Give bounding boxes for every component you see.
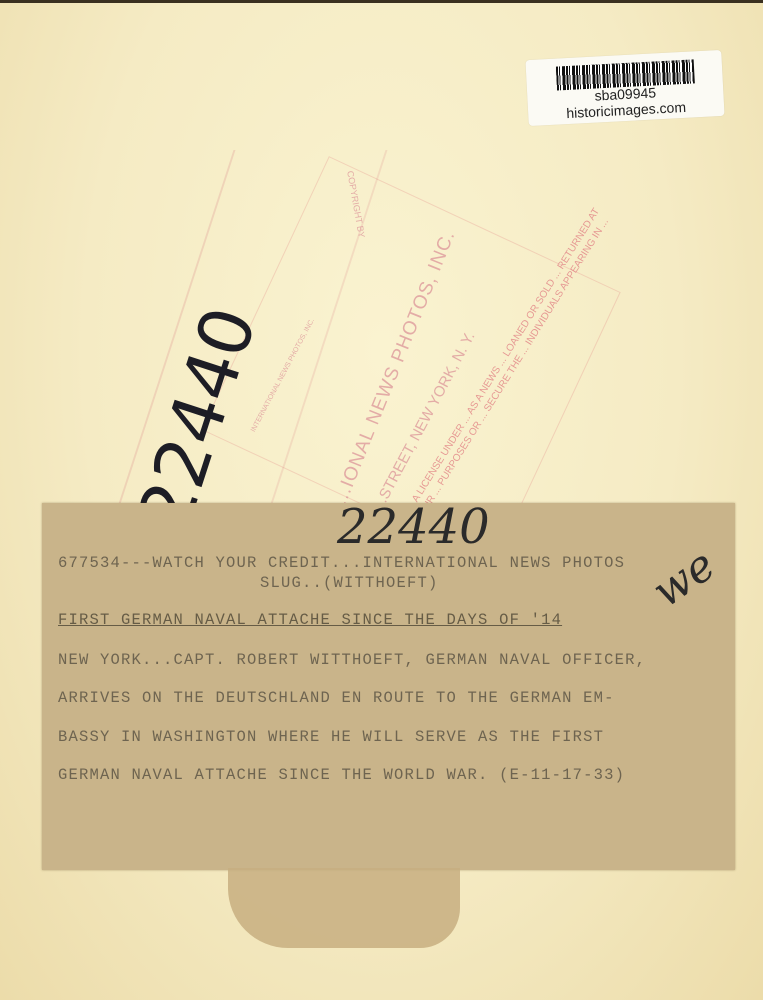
- inventory-label: sba09945 historicimages.com: [525, 50, 724, 126]
- caption-slip: 22440 677534---WATCH YOUR CREDIT...INTER…: [42, 503, 735, 870]
- caption-credit-line: 677534---WATCH YOUR CREDIT...INTERNATION…: [58, 554, 625, 572]
- caption-slug: SLUG..(WITTHOEFT): [260, 574, 439, 592]
- top-edge: [0, 0, 763, 3]
- handwritten-caption-number: 22440: [337, 499, 490, 555]
- handwritten-initials: we: [643, 539, 724, 617]
- caption-body-line: ARRIVES ON THE DEUTSCHLAND EN ROUTE TO T…: [58, 689, 615, 707]
- caption-body-line: GERMAN NAVAL ATTACHE SINCE THE WORLD WAR…: [58, 766, 625, 784]
- caption-body-line: NEW YORK...CAPT. ROBERT WITTHOEFT, GERMA…: [58, 651, 646, 669]
- caption-headline: FIRST GERMAN NAVAL ATTACHE SINCE THE DAY…: [58, 611, 562, 629]
- caption-body-line: BASSY IN WASHINGTON WHERE HE WILL SERVE …: [58, 728, 604, 746]
- glue-stain: [228, 868, 460, 948]
